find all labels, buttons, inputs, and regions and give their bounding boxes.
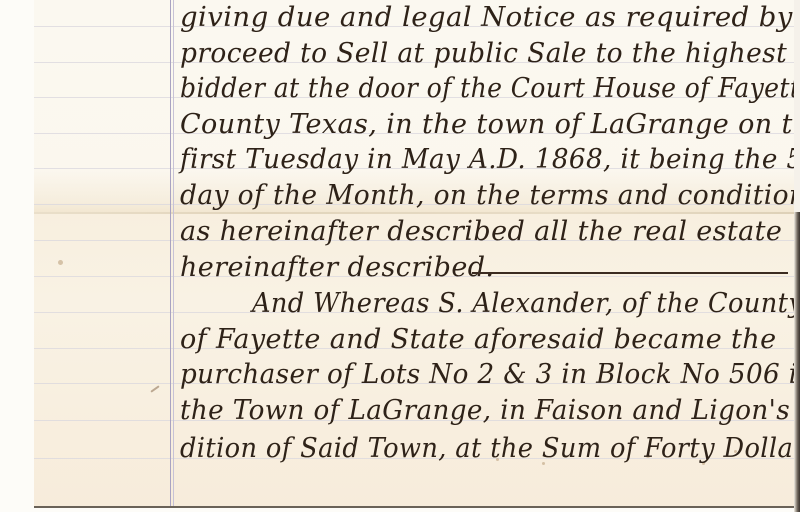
handwritten-text: giving due and legal Notice as required …	[172, 0, 792, 506]
margin-line	[170, 0, 171, 506]
text-line: purchaser of Lots No 2 & 3 in Block No 5…	[180, 359, 800, 390]
text-line: of Fayette and State aforesaid became th…	[180, 324, 776, 355]
ink-mark	[150, 385, 159, 392]
stain-spot	[58, 260, 63, 265]
text-line: County Texas, in the town of LaGrange on…	[180, 109, 800, 140]
text-line: hereinafter described.	[180, 252, 494, 283]
text-line: day of the Month, on the terms and condi…	[180, 180, 800, 211]
line-filler-stroke	[472, 272, 788, 274]
text-line: as hereinafter described all the real es…	[180, 216, 782, 247]
text-line: giving due and legal Notice as required …	[180, 2, 800, 33]
page-edge-top	[794, 0, 800, 212]
text-line: the Town of LaGrange, in Faison and Ligo…	[180, 395, 800, 426]
text-line: proceed to Sell at public Sale to the hi…	[180, 38, 787, 69]
text-line: dition of Said Town, at the Sum of Forty…	[180, 433, 800, 464]
scanned-page: giving due and legal Notice as required …	[0, 0, 800, 512]
text-line: first Tuesday in May A.D. 1868, it being…	[180, 144, 800, 175]
text-line: bidder at the door of the Court House of…	[180, 73, 800, 104]
text-line: And Whereas S. Alexander, of the County	[252, 288, 800, 319]
